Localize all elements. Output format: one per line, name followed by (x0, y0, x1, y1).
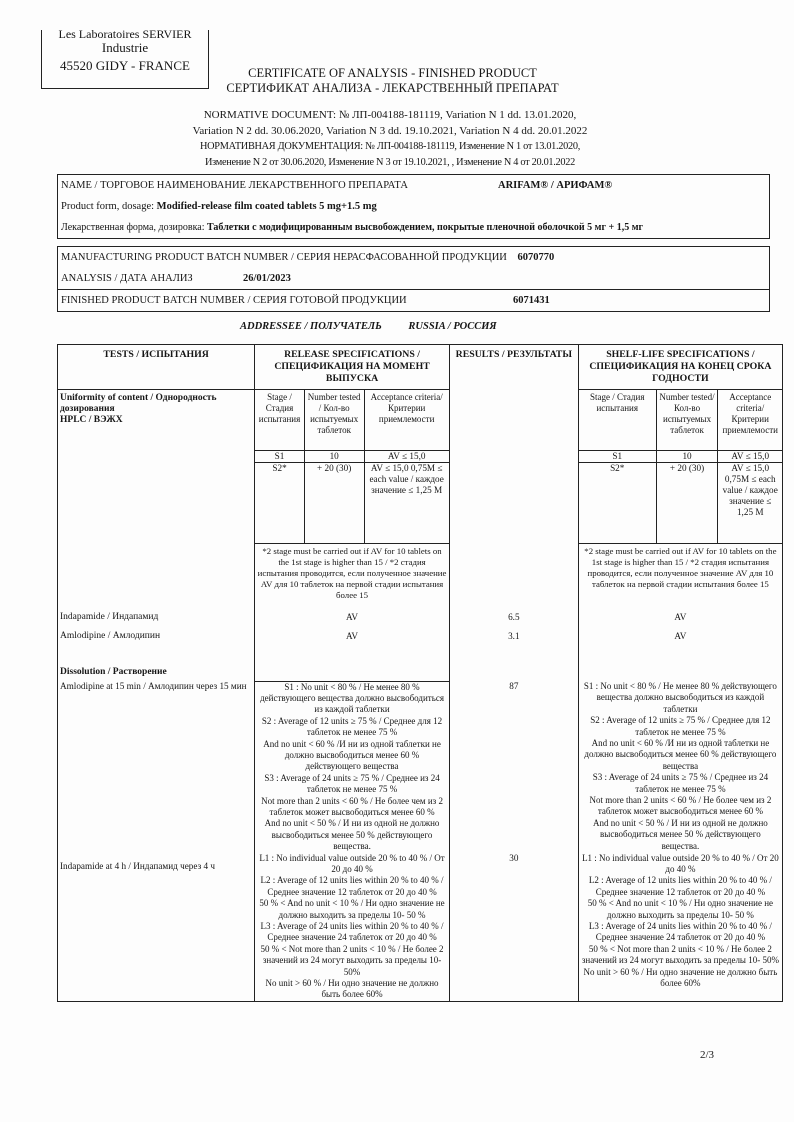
shelf-criteria-header: Acceptance criteria/ Критерии приемлемос… (718, 390, 783, 451)
release-number-header: Number tested / Кол-во испытуемых таблет… (304, 390, 364, 451)
product-form-row: Product form, dosage: Modified-release f… (58, 196, 769, 217)
normative-document: NORMATIVE DOCUMENT: № ЛП-004188-181119, … (150, 108, 630, 170)
empty-cell (578, 667, 782, 681)
spec-line: S3 : Average of 24 units ≥ 75 % / Средне… (581, 772, 780, 795)
analysis-date-label: ANALYSIS / ДАТА АНАЛИЗ (61, 273, 193, 284)
spec-line: S3 : Average of 24 units ≥ 75 % / Средне… (257, 773, 447, 796)
mfg-batch-label: MANUFACTURING PRODUCT BATCH NUMBER / СЕР… (61, 252, 507, 263)
mfg-batch-row: MANUFACTURING PRODUCT BATCH NUMBER / СЕР… (58, 247, 769, 268)
spec-line: And no unit < 50 % / И ни из одной не до… (581, 818, 780, 852)
dissolution-indapamide-release-spec: L1 : No individual value outside 20 % to… (255, 853, 450, 1002)
dissolution-indapamide-row: Indapamide at 4 h / Индапамид через 4 ч … (58, 853, 783, 1002)
addressee: ADDRESSEE / ПОЛУЧАТЕЛЬ RUSSIA / РОССИЯ (240, 321, 497, 332)
spec-line: 50 % < Not more than 2 units < 10 % / Не… (257, 944, 447, 978)
release-s1-criteria: AV ≤ 15,0 (364, 451, 449, 463)
product-form-ru-row: Лекарственная форма, дозировка: Таблетки… (58, 217, 769, 238)
shelf-note: *2 stage must be carried out if AV for 1… (578, 544, 782, 613)
title-en: CERTIFICATE OF ANALYSIS - FINISHED PRODU… (200, 66, 585, 81)
spec-line: No unit > 60 % / Ни одно значение не дол… (581, 967, 780, 990)
spec-line: 50 % < And no unit < 10 % / Ни одно знач… (581, 898, 780, 921)
product-name-label: NAME / ТОРГОВОЕ НАИМЕНОВАНИЕ ЛЕКАРСТВЕНН… (61, 180, 408, 191)
table-header-row: TESTS / ИСПЫТАНИЯ RELEASE SPECIFICATIONS… (58, 345, 783, 390)
empty-cell (449, 667, 578, 681)
normative-en-line1: NORMATIVE DOCUMENT: № ЛП-004188-181119, … (150, 108, 630, 124)
spec-line: S1 : No unit < 80 % / Не менее 80 % дейс… (581, 681, 780, 715)
uniformity-test-cell: Uniformity of content / Однородность доз… (58, 390, 255, 544)
amlodipine-test: Amlodipine / Амлодипин (58, 628, 255, 667)
release-s1-number: 10 (304, 451, 364, 463)
uniformity-test-name: Uniformity of content / Однородность доз… (60, 393, 252, 415)
spec-line: No unit > 60 % / Ни одно значение не дол… (257, 978, 447, 1001)
spec-line: L3 : Average of 24 units lies within 20 … (257, 921, 447, 944)
uniformity-result-cell (449, 390, 578, 544)
spec-line: L1 : No individual value outside 20 % to… (581, 853, 780, 876)
dissolution-amlodipine-shelf-spec: S1 : No unit < 80 % / Не менее 80 % дейс… (578, 681, 782, 853)
indapamide-row: Indapamide / Индапамид AV 6.5 AV (58, 612, 783, 628)
header-results: RESULTS / РЕЗУЛЬТАТЫ (449, 345, 578, 390)
spec-line: L3 : Average of 24 units lies within 20 … (581, 921, 780, 944)
spec-line: L2 : Average of 12 units lies within 20 … (257, 875, 447, 898)
manufacturer-stamp: Les Laboratoires SERVIER Industrie 45520… (41, 30, 209, 89)
spec-line: S2 : Average of 12 units ≥ 75 % / Средне… (581, 715, 780, 738)
finished-batch-label: FINISHED PRODUCT BATCH NUMBER / СЕРИЯ ГО… (61, 295, 407, 306)
uniformity-note-row: *2 stage must be carried out if AV for 1… (58, 544, 783, 613)
analysis-date-row: ANALYSIS / ДАТА АНАЛИЗ 26/01/2023 (58, 268, 769, 289)
product-form-ru-label: Лекарственная форма, дозировка: (61, 222, 205, 233)
stamp-company: Les Laboratoires SERVIER (42, 28, 208, 39)
document-title: CERTIFICATE OF ANALYSIS - FINISHED PRODU… (200, 66, 585, 96)
dissolution-title: Dissolution / Растворение (58, 667, 255, 681)
release-s2-criteria: AV ≤ 15,0 0,75M ≤ each value / каждое зн… (364, 463, 449, 544)
title-ru: СЕРТИФИКАТ АНАЛИЗА - ЛЕКАРСТВЕННЫЙ ПРЕПА… (200, 81, 585, 96)
amlodipine-row: Amlodipine / Амлодипин AV 3.1 AV (58, 628, 783, 667)
indapamide-release: AV (255, 612, 450, 628)
spec-line: S1 : No unit < 80 % / Не менее 80 % дейс… (257, 682, 447, 716)
finished-batch-value: 6071431 (513, 290, 550, 311)
product-name-row: NAME / ТОРГОВОЕ НАИМЕНОВАНИЕ ЛЕКАРСТВЕНН… (58, 175, 769, 196)
stamp-address: 45520 GIDY - FRANCE (42, 57, 208, 75)
dissolution-amlodipine-result: 87 (449, 681, 578, 853)
uniformity-method: HPLC / ВЭЖХ (60, 415, 252, 426)
spec-line: S2 : Average of 12 units ≥ 75 % / Средне… (257, 716, 447, 739)
release-s2-stage: S2* (255, 463, 305, 544)
empty-cell (255, 667, 450, 681)
analysis-date-value: 26/01/2023 (243, 268, 291, 289)
spec-line: And no unit < 60 % /И ни из одной таблет… (581, 738, 780, 772)
amlodipine-release: AV (255, 628, 450, 667)
page-number: 2/3 (700, 1049, 714, 1061)
spec-line: And no unit < 60 % /И ни из одной таблет… (257, 739, 447, 773)
dissolution-amlodipine-row: Amlodipine at 15 min / Амлодипин через 1… (58, 681, 783, 853)
analysis-table: TESTS / ИСПЫТАНИЯ RELEASE SPECIFICATIONS… (57, 344, 783, 1002)
product-form-label: Product form, dosage: (61, 201, 154, 212)
uniformity-subheader-row: Uniformity of content / Однородность доз… (58, 390, 783, 451)
dissolution-title-row: Dissolution / Растворение (58, 667, 783, 681)
release-note: *2 stage must be carried out if AV for 1… (255, 544, 450, 613)
release-criteria-header: Acceptance criteria/ Критерии приемлемос… (364, 390, 449, 451)
empty-result-cell (449, 544, 578, 613)
release-s1-stage: S1 (255, 451, 305, 463)
header-release: RELEASE SPECIFICATIONS / СПЕЦИФИКАЦИЯ НА… (255, 345, 450, 390)
shelf-stage-header: Stage / Стадия испытания (578, 390, 656, 451)
product-form-ru-value: Таблетки с модифицированным высвобождени… (207, 222, 643, 233)
release-s2-number: + 20 (30) (304, 463, 364, 544)
normative-ru-line1: НОРМАТИВНАЯ ДОКУМЕНТАЦИЯ: № ЛП-004188-18… (150, 139, 630, 155)
dissolution-indapamide-test: Indapamide at 4 h / Индапамид через 4 ч (58, 853, 255, 1002)
indapamide-result: 6.5 (449, 612, 578, 628)
shelf-number-header: Number tested/ Кол-во испытуемых таблето… (656, 390, 718, 451)
shelf-s1-number: 10 (656, 451, 718, 463)
product-name-value: ARIFAM® / АРИФАМ® (498, 175, 612, 196)
dissolution-indapamide-shelf-spec: L1 : No individual value outside 20 % to… (578, 853, 782, 1002)
amlodipine-result: 3.1 (449, 628, 578, 667)
amlodipine-shelf: AV (578, 628, 782, 667)
header-shelf: SHELF-LIFE SPECIFICATIONS / СПЕЦИФИКАЦИЯ… (578, 345, 782, 390)
shelf-s2-stage: S2* (578, 463, 656, 544)
normative-ru-line2: Изменение N 2 от 30.06.2020, Изменение N… (150, 155, 630, 171)
header-tests: TESTS / ИСПЫТАНИЯ (58, 345, 255, 390)
shelf-s1-criteria: AV ≤ 15,0 (718, 451, 783, 463)
product-info-box: NAME / ТОРГОВОЕ НАИМЕНОВАНИЕ ЛЕКАРСТВЕНН… (57, 174, 770, 239)
mfg-batch-value: 6070770 (518, 252, 555, 263)
spec-line: L1 : No individual value outside 20 % to… (257, 853, 447, 876)
indapamide-test: Indapamide / Индапамид (58, 612, 255, 628)
addressee-label: ADDRESSEE / ПОЛУЧАТЕЛЬ (240, 321, 382, 332)
empty-test-cell (58, 544, 255, 613)
stamp-division: Industrie (42, 39, 208, 57)
dissolution-amlodipine-release-spec: S1 : No unit < 80 % / Не менее 80 % дейс… (255, 681, 450, 853)
shelf-s1-stage: S1 (578, 451, 656, 463)
dissolution-indapamide-result: 30 (449, 853, 578, 1002)
spec-line: Not more than 2 units < 60 % / Не более … (581, 795, 780, 818)
finished-batch-row: FINISHED PRODUCT BATCH NUMBER / СЕРИЯ ГО… (58, 289, 769, 311)
spec-line: L2 : Average of 12 units lies within 20 … (581, 875, 780, 898)
normative-en-line2: Variation N 2 dd. 30.06.2020, Variation … (150, 124, 630, 140)
dissolution-amlodipine-test: Amlodipine at 15 min / Амлодипин через 1… (58, 681, 255, 853)
batch-info-box: MANUFACTURING PRODUCT BATCH NUMBER / СЕР… (57, 246, 770, 312)
release-stage-header: Stage / Стадия испытания (255, 390, 305, 451)
shelf-s2-number: + 20 (30) (656, 463, 718, 544)
shelf-s2-criteria: AV ≤ 15,0 0,75M ≤ each value / каждое зн… (718, 463, 783, 544)
spec-line: 50 % < And no unit < 10 % / Ни одно знач… (257, 898, 447, 921)
spec-line: 50 % < Not more than 2 units < 10 % / Не… (581, 944, 780, 967)
addressee-value: RUSSIA / РОССИЯ (408, 321, 496, 332)
product-form-value: Modified-release film coated tablets 5 m… (157, 201, 377, 212)
spec-line: Not more than 2 units < 60 % / Не более … (257, 796, 447, 819)
spec-line: And no unit < 50 % / И ни из одной не до… (257, 818, 447, 852)
indapamide-shelf: AV (578, 612, 782, 628)
